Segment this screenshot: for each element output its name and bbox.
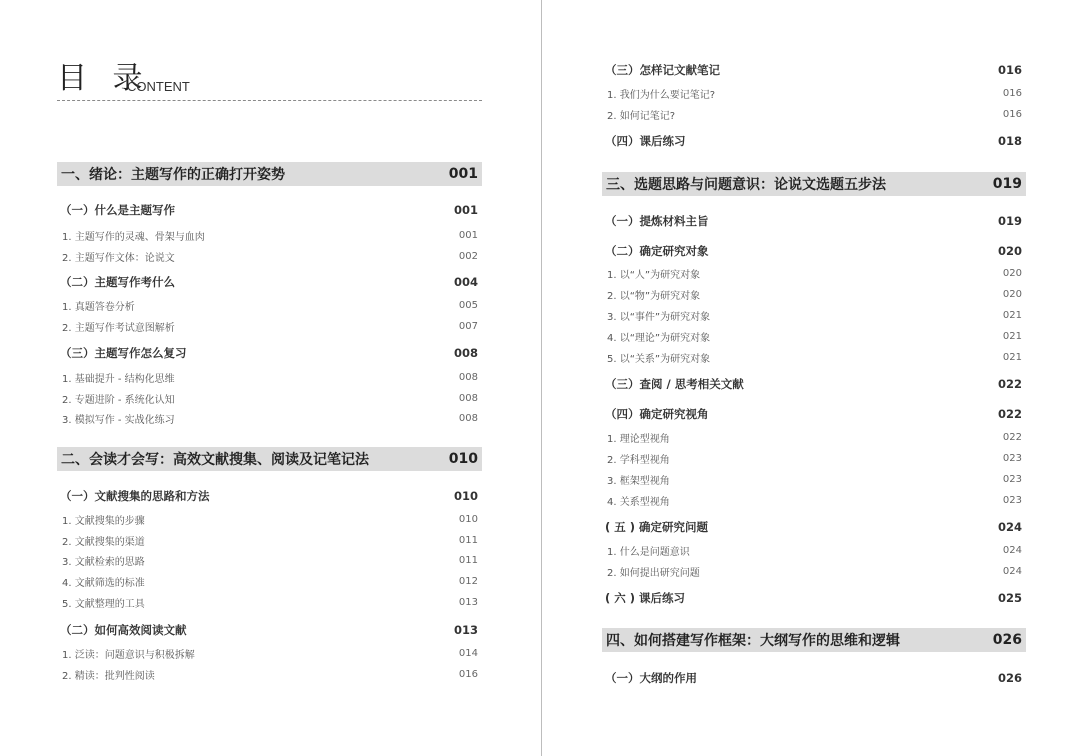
chapter-page: 001 [449,166,478,182]
item-label: 1. 以“人”为研究对象 [607,266,700,281]
item-page: 013 [459,597,478,608]
toc-item[interactable]: 2. 主题写作文体：论说文 002 [57,247,482,265]
toc-section[interactable]: （三）主题写作怎么复习 008 [57,343,482,363]
section-page: 019 [998,214,1022,228]
toc-section[interactable]: （三）查阅 / 思考相关文献 022 [602,374,1026,394]
toc-item[interactable]: 1. 真题答卷分析 005 [57,296,482,314]
section-label: （一）大纲的作用 [605,670,697,686]
toc-item[interactable]: 2. 以“物”为研究对象 020 [602,285,1026,303]
section-page: 001 [454,203,478,217]
toc-item[interactable]: 2. 学科型视角 023 [602,449,1026,467]
item-label: 1. 真题答卷分析 [62,298,135,313]
item-label: 2. 学科型视角 [607,451,670,466]
chapter-page: 010 [449,451,478,467]
toc-item[interactable]: 1. 主题写作的灵魂、骨架与血肉 001 [57,226,482,244]
section-label: （二）确定研究对象 [605,243,709,259]
section-label: （一）提炼材料主旨 [605,213,709,229]
item-label: 2. 专题进阶 - 系统化认知 [62,391,175,406]
section-page: 020 [998,244,1022,258]
item-page: 011 [459,535,478,546]
section-label: （二）主题写作考什么 [60,274,175,290]
toc-item[interactable]: 1. 以“人”为研究对象 020 [602,264,1026,282]
item-page: 024 [1003,545,1022,556]
toc-title-english: CONTENT [127,79,190,95]
item-page: 016 [1003,88,1022,99]
item-page: 014 [459,648,478,659]
toc-section[interactable]: （一）提炼材料主旨 019 [602,211,1026,231]
section-page: 016 [998,63,1022,77]
item-page: 023 [1003,453,1022,464]
toc-item[interactable]: 5. 文献整理的工具 013 [57,593,482,611]
toc-section[interactable]: （二）确定研究对象 020 [602,241,1026,261]
title-dashed-divider [57,100,482,101]
section-page: 024 [998,520,1022,534]
toc-item[interactable]: 3. 框架型视角 023 [602,470,1026,488]
item-page: 021 [1003,310,1022,321]
item-label: 1. 什么是问题意识 [607,543,690,558]
item-page: 005 [459,300,478,311]
item-page: 023 [1003,474,1022,485]
section-page: 013 [454,623,478,637]
toc-item[interactable]: 2. 如何提出研究问题 024 [602,562,1026,580]
item-label: 2. 文献搜集的渠道 [62,533,145,548]
toc-section[interactable]: （一）大纲的作用 026 [602,668,1026,688]
toc-item[interactable]: 3. 模拟写作 - 实战化练习 008 [57,409,482,427]
item-page: 008 [459,413,478,424]
toc-section[interactable]: ( 五 ) 确定研究问题 024 [602,517,1026,537]
toc-item[interactable]: 2. 专题进阶 - 系统化认知 008 [57,389,482,407]
item-page: 002 [459,251,478,262]
item-label: 2. 主题写作考试意图解析 [62,319,175,334]
item-page: 020 [1003,268,1022,279]
section-label: （四）确定研究视角 [605,406,709,422]
section-page: 025 [998,591,1022,605]
section-label: （四）课后练习 [605,133,686,149]
item-label: 5. 文献整理的工具 [62,595,145,610]
section-label: ( 六 ) 课后练习 [605,590,685,606]
toc-section[interactable]: （四）课后练习 018 [602,131,1026,151]
item-page: 021 [1003,331,1022,342]
item-page: 024 [1003,566,1022,577]
toc-section[interactable]: （一）文献搜集的思路和方法 010 [57,486,482,506]
section-page: 026 [998,671,1022,685]
item-label: 1. 我们为什么要记笔记? [607,86,715,101]
item-label: 4. 文献筛选的标准 [62,574,145,589]
item-label: 1. 主题写作的灵魂、骨架与血肉 [62,228,205,243]
toc-item[interactable]: 3. 以“事件”为研究对象 021 [602,306,1026,324]
section-label: （三）怎样记文献笔记 [605,62,720,78]
toc-item[interactable]: 5. 以“关系”为研究对象 021 [602,348,1026,366]
section-label: （二）如何高效阅读文献 [60,622,187,638]
item-label: 2. 如何提出研究问题 [607,564,700,579]
toc-section[interactable]: （三）怎样记文献笔记 016 [602,60,1026,80]
toc-chapter-2[interactable]: 二、会读才会写：高效文献搜集、阅读及记笔记法 010 [57,447,482,471]
toc-section[interactable]: （二）如何高效阅读文献 013 [57,620,482,640]
item-label: 5. 以“关系”为研究对象 [607,350,710,365]
toc-item[interactable]: 2. 主题写作考试意图解析 007 [57,317,482,335]
item-label: 1. 文献搜集的步骤 [62,512,145,527]
item-label: 1. 基础提升 - 结构化思维 [62,370,175,385]
item-label: 3. 以“事件”为研究对象 [607,308,710,323]
item-page: 021 [1003,352,1022,363]
toc-item[interactable]: 4. 文献筛选的标准 012 [57,572,482,590]
item-page: 007 [459,321,478,332]
item-label: 3. 文献检索的思路 [62,553,145,568]
section-label: （一）文献搜集的思路和方法 [60,488,210,504]
toc-item[interactable]: 1. 文献搜集的步骤 010 [57,510,482,528]
chapter-label: 二、会读才会写：高效文献搜集、阅读及记笔记法 [61,449,369,469]
item-label: 3. 框架型视角 [607,472,670,487]
item-page: 023 [1003,495,1022,506]
item-page: 016 [1003,109,1022,120]
toc-item[interactable]: 4. 以“理论”为研究对象 021 [602,327,1026,345]
toc-item[interactable]: 2. 如何记笔记? 016 [602,105,1026,123]
toc-chapter-3[interactable]: 三、选题思路与问题意识：论说文选题五步法 019 [602,172,1026,196]
toc-item[interactable]: 3. 文献检索的思路 011 [57,551,482,569]
toc-section[interactable]: ( 六 ) 课后练习 025 [602,588,1026,608]
toc-title-block: 目 录 CONTENT [57,62,482,102]
toc-item[interactable]: 2. 精读：批判性阅读 016 [57,665,482,683]
item-page: 020 [1003,289,1022,300]
item-page: 001 [459,230,478,241]
item-page: 012 [459,576,478,587]
section-label: ( 五 ) 确定研究问题 [605,519,708,535]
item-page: 016 [459,669,478,680]
section-page: 010 [454,489,478,503]
toc-chapter-4[interactable]: 四、如何搭建写作框架：大纲写作的思维和逻辑 026 [602,628,1026,652]
item-page: 010 [459,514,478,525]
section-label: （三）主题写作怎么复习 [60,345,187,361]
toc-item[interactable]: 1. 泛读：问题意识与积极拆解 014 [57,644,482,662]
item-label: 1. 泛读：问题意识与积极拆解 [62,646,195,661]
toc-item[interactable]: 1. 什么是问题意识 024 [602,541,1026,559]
chapter-page: 019 [993,176,1022,192]
toc-item[interactable]: 2. 文献搜集的渠道 011 [57,531,482,549]
section-page: 022 [998,377,1022,391]
chapter-label: 三、选题思路与问题意识：论说文选题五步法 [606,174,886,194]
toc-item[interactable]: 1. 我们为什么要记笔记? 016 [602,84,1026,102]
item-label: 4. 关系型视角 [607,493,670,508]
chapter-label: 四、如何搭建写作框架：大纲写作的思维和逻辑 [606,630,900,650]
toc-section[interactable]: （一）什么是主题写作 001 [57,200,482,220]
item-label: 4. 以“理论”为研究对象 [607,329,710,344]
item-page: 008 [459,372,478,383]
item-label: 2. 以“物”为研究对象 [607,287,700,302]
toc-section[interactable]: （四）确定研究视角 022 [602,404,1026,424]
item-label: 2. 主题写作文体：论说文 [62,249,175,264]
section-label: （一）什么是主题写作 [60,202,175,218]
section-page: 004 [454,275,478,289]
toc-item[interactable]: 1. 理论型视角 022 [602,428,1026,446]
toc-chapter-1[interactable]: 一、绪论：主题写作的正确打开姿势 001 [57,162,482,186]
item-label: 2. 精读：批判性阅读 [62,667,155,682]
chapter-page: 026 [993,632,1022,648]
section-label: （三）查阅 / 思考相关文献 [605,376,744,392]
toc-item[interactable]: 4. 关系型视角 023 [602,491,1026,509]
item-page: 011 [459,555,478,566]
item-page: 008 [459,393,478,404]
item-page: 022 [1003,432,1022,443]
item-label: 1. 理论型视角 [607,430,670,445]
section-page: 018 [998,134,1022,148]
toc-section[interactable]: （二）主题写作考什么 004 [57,272,482,292]
section-page: 008 [454,346,478,360]
section-page: 022 [998,407,1022,421]
item-label: 2. 如何记笔记? [607,107,675,122]
toc-item[interactable]: 1. 基础提升 - 结构化思维 008 [57,368,482,386]
item-label: 3. 模拟写作 - 实战化练习 [62,411,175,426]
chapter-label: 一、绪论：主题写作的正确打开姿势 [61,164,285,184]
